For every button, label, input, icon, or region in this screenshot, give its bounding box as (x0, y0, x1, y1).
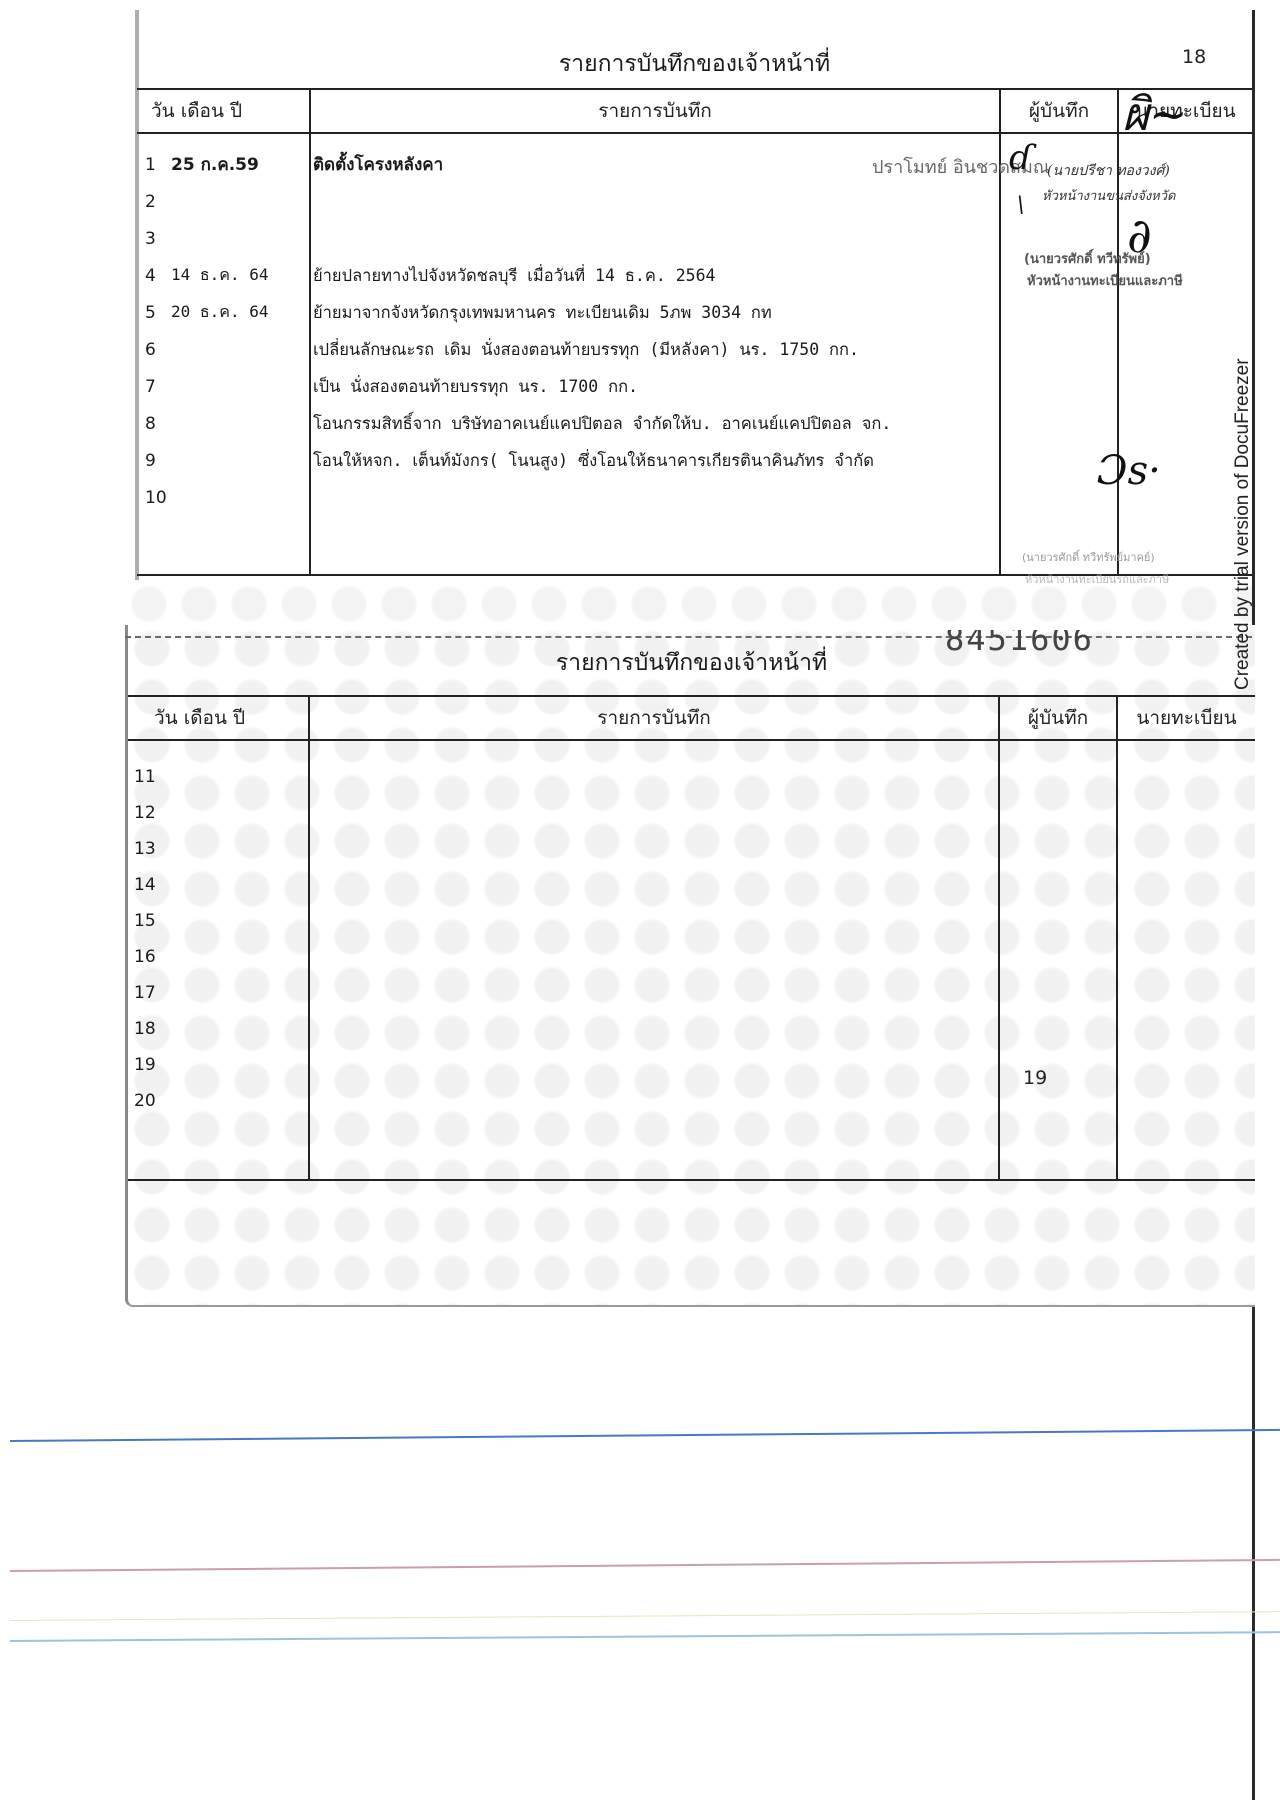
registration-page-19: รายการบันทึกของเจ้าหน้าที่ วัน เดือน ปี … (125, 625, 1255, 1307)
page-number-19: 19 (1023, 1067, 1047, 1089)
line-number: 12 (128, 803, 160, 823)
line-13: 13 (128, 831, 308, 867)
registration-page-18: รายการบันทึกของเจ้าหน้าที่ 18 วัน เดือน … (137, 0, 1252, 580)
line-20: 20 (128, 1083, 308, 1119)
entry-line-9: โอนให้หจก. เต็นท์มังกร( โนนสูง) ซึ่งโอนใ… (311, 442, 999, 479)
record-table: วัน เดือน ปี รายการบันทึก ผู้บันทึก นายท… (128, 695, 1255, 1181)
line-number: 2 (137, 192, 171, 212)
docufreezer-watermark: Created by trial version of DocuFreezer (1232, 358, 1254, 690)
ruled-line-yellow (10, 1611, 1280, 1621)
registrar-1-name: (นายปรีชา ทองวงศ์) (1047, 160, 1170, 182)
entry-line-7: เป็น นั่งสองตอนท้ายบรรทุก นร. 1700 กก. (311, 368, 999, 405)
line-7: 7 (137, 368, 309, 405)
ruled-line-red (10, 1559, 1280, 1572)
line-1: 125 ก.ค.59 (137, 146, 309, 183)
entry-text: โอนกรรมสิทธิ์จาก บริษัทอาคเนย์แคปปิตอล จ… (311, 411, 891, 437)
entry-column (309, 740, 999, 1180)
column-header-date: วัน เดือน ปี (137, 89, 310, 133)
entry-line-2 (311, 183, 999, 220)
recorder-signature: ɗ (1009, 138, 1032, 178)
entry-date: 20 ธ.ค. 64 (171, 300, 269, 325)
registrar-1-title: หัวหน้างานขนส่งจังหวัด (1042, 185, 1176, 206)
column-header-entry: รายการบันทึก (309, 696, 999, 740)
line-number: 16 (128, 947, 160, 967)
line-4: 414 ธ.ค. 64 (137, 257, 309, 294)
line-number: 19 (128, 1055, 160, 1075)
entry-line-8: โอนกรรมสิทธิ์จาก บริษัทอาคเนย์แคปปิตอล จ… (311, 405, 999, 442)
column-header-recorder: ผู้บันทึก (999, 696, 1117, 740)
line-9: 9 (137, 442, 309, 479)
line-15: 15 (128, 903, 308, 939)
date-column: 11121314151617181920 (128, 740, 309, 1180)
line-number: 5 (137, 303, 171, 323)
page-number: 18 (1182, 46, 1206, 68)
line-number: 18 (128, 1019, 160, 1039)
line-14: 14 (128, 867, 308, 903)
entry-line-4: ย้ายปลายทางไปจังหวัดชลบุรี เมื่อวันที่ 1… (311, 257, 999, 294)
entry-text: ติดตั้งโครงหลังคา (311, 151, 443, 178)
line-number: 13 (128, 839, 160, 859)
entry-date: 25 ก.ค.59 (171, 151, 259, 178)
line-6: 6 (137, 331, 309, 368)
line-17: 17 (128, 975, 308, 1011)
line-number: 9 (137, 451, 171, 471)
line-number: 3 (137, 229, 171, 249)
column-header-date: วัน เดือน ปี (128, 696, 309, 740)
line-3: 3 (137, 220, 309, 257)
entry-line-3 (311, 220, 999, 257)
line-number: 7 (137, 377, 171, 397)
security-pattern-band (125, 580, 1252, 625)
line-16: 16 (128, 939, 308, 975)
line-11: 11 (128, 759, 308, 795)
line-number: 11 (128, 767, 160, 787)
registrar-3-name: (นายวรศักดิ์ ทวีทรัพย์มาคย์) (1022, 548, 1155, 566)
entry-line-10 (311, 479, 999, 516)
line-number: 8 (137, 414, 171, 434)
entry-date: 14 ธ.ค. 64 (171, 263, 269, 288)
registrar-2-name: (นายวรศักดิ์ ทวีทรัพย์) (1024, 248, 1151, 269)
ruled-line-blue (10, 1429, 1280, 1442)
line-19: 19 (128, 1047, 308, 1083)
line-number: 20 (128, 1091, 160, 1111)
entry-text: เปลี่ยนลักษณะรถ เดิม นั่งสองตอนท้ายบรรทุ… (311, 337, 859, 363)
entry-line-6: เปลี่ยนลักษณะรถ เดิม นั่งสองตอนท้ายบรรทุ… (311, 331, 999, 368)
line-number: 4 (137, 266, 171, 286)
line-5: 520 ธ.ค. 64 (137, 294, 309, 331)
entry-line-5: ย้ายมาจากจังหวัดกรุงเทพมหานคร ทะเบียนเดิ… (311, 294, 999, 331)
line-10: 10 (137, 479, 309, 516)
line-18: 18 (128, 1011, 308, 1047)
column-header-recorder: ผู้บันทึก (1000, 89, 1118, 133)
column-header-registrar: นายทะเบียน (1117, 696, 1255, 740)
line-number: 1 (137, 155, 171, 175)
page-title: รายการบันทึกของเจ้าหน้าที่ (137, 46, 1252, 82)
line-number: 6 (137, 340, 171, 360)
entry-text: โอนให้หจก. เต็นท์มังกร( โนนสูง) ซึ่งโอนใ… (311, 448, 874, 474)
column-header-entry: รายการบันทึก (310, 89, 1000, 133)
registrar-signature-1: ผิ~ (1122, 78, 1188, 151)
line-number: 15 (128, 911, 160, 931)
recorder-column (999, 740, 1117, 1180)
line-number: 17 (128, 983, 160, 1003)
serial-number: 8451606 (945, 630, 1094, 654)
line-8: 8 (137, 405, 309, 442)
registrar-2-title: หัวหน้างานทะเบียนและภาษี (1027, 270, 1183, 291)
line-number: 14 (128, 875, 160, 895)
line-12: 12 (128, 795, 308, 831)
recorder-tick-mark: \ (1017, 193, 1024, 218)
registrar-signature-3: Ɔs· (1097, 448, 1161, 494)
entry-text: เป็น นั่งสองตอนท้ายบรรทุก นร. 1700 กก. (311, 374, 638, 400)
entry-text: ย้ายปลายทางไปจังหวัดชลบุรี เมื่อวันที่ 1… (311, 263, 715, 289)
ruled-line-cyan (10, 1631, 1280, 1642)
line-number: 10 (137, 488, 171, 508)
entry-column: ติดตั้งโครงหลังคาย้ายปลายทางไปจังหวัดชลบ… (310, 133, 1000, 575)
date-column: 125 ก.ค.5923414 ธ.ค. 64520 ธ.ค. 64678910 (137, 133, 310, 575)
line-2: 2 (137, 183, 309, 220)
entry-text: ย้ายมาจากจังหวัดกรุงเทพมหานคร ทะเบียนเดิ… (311, 300, 772, 326)
registrar-column (1117, 740, 1255, 1180)
